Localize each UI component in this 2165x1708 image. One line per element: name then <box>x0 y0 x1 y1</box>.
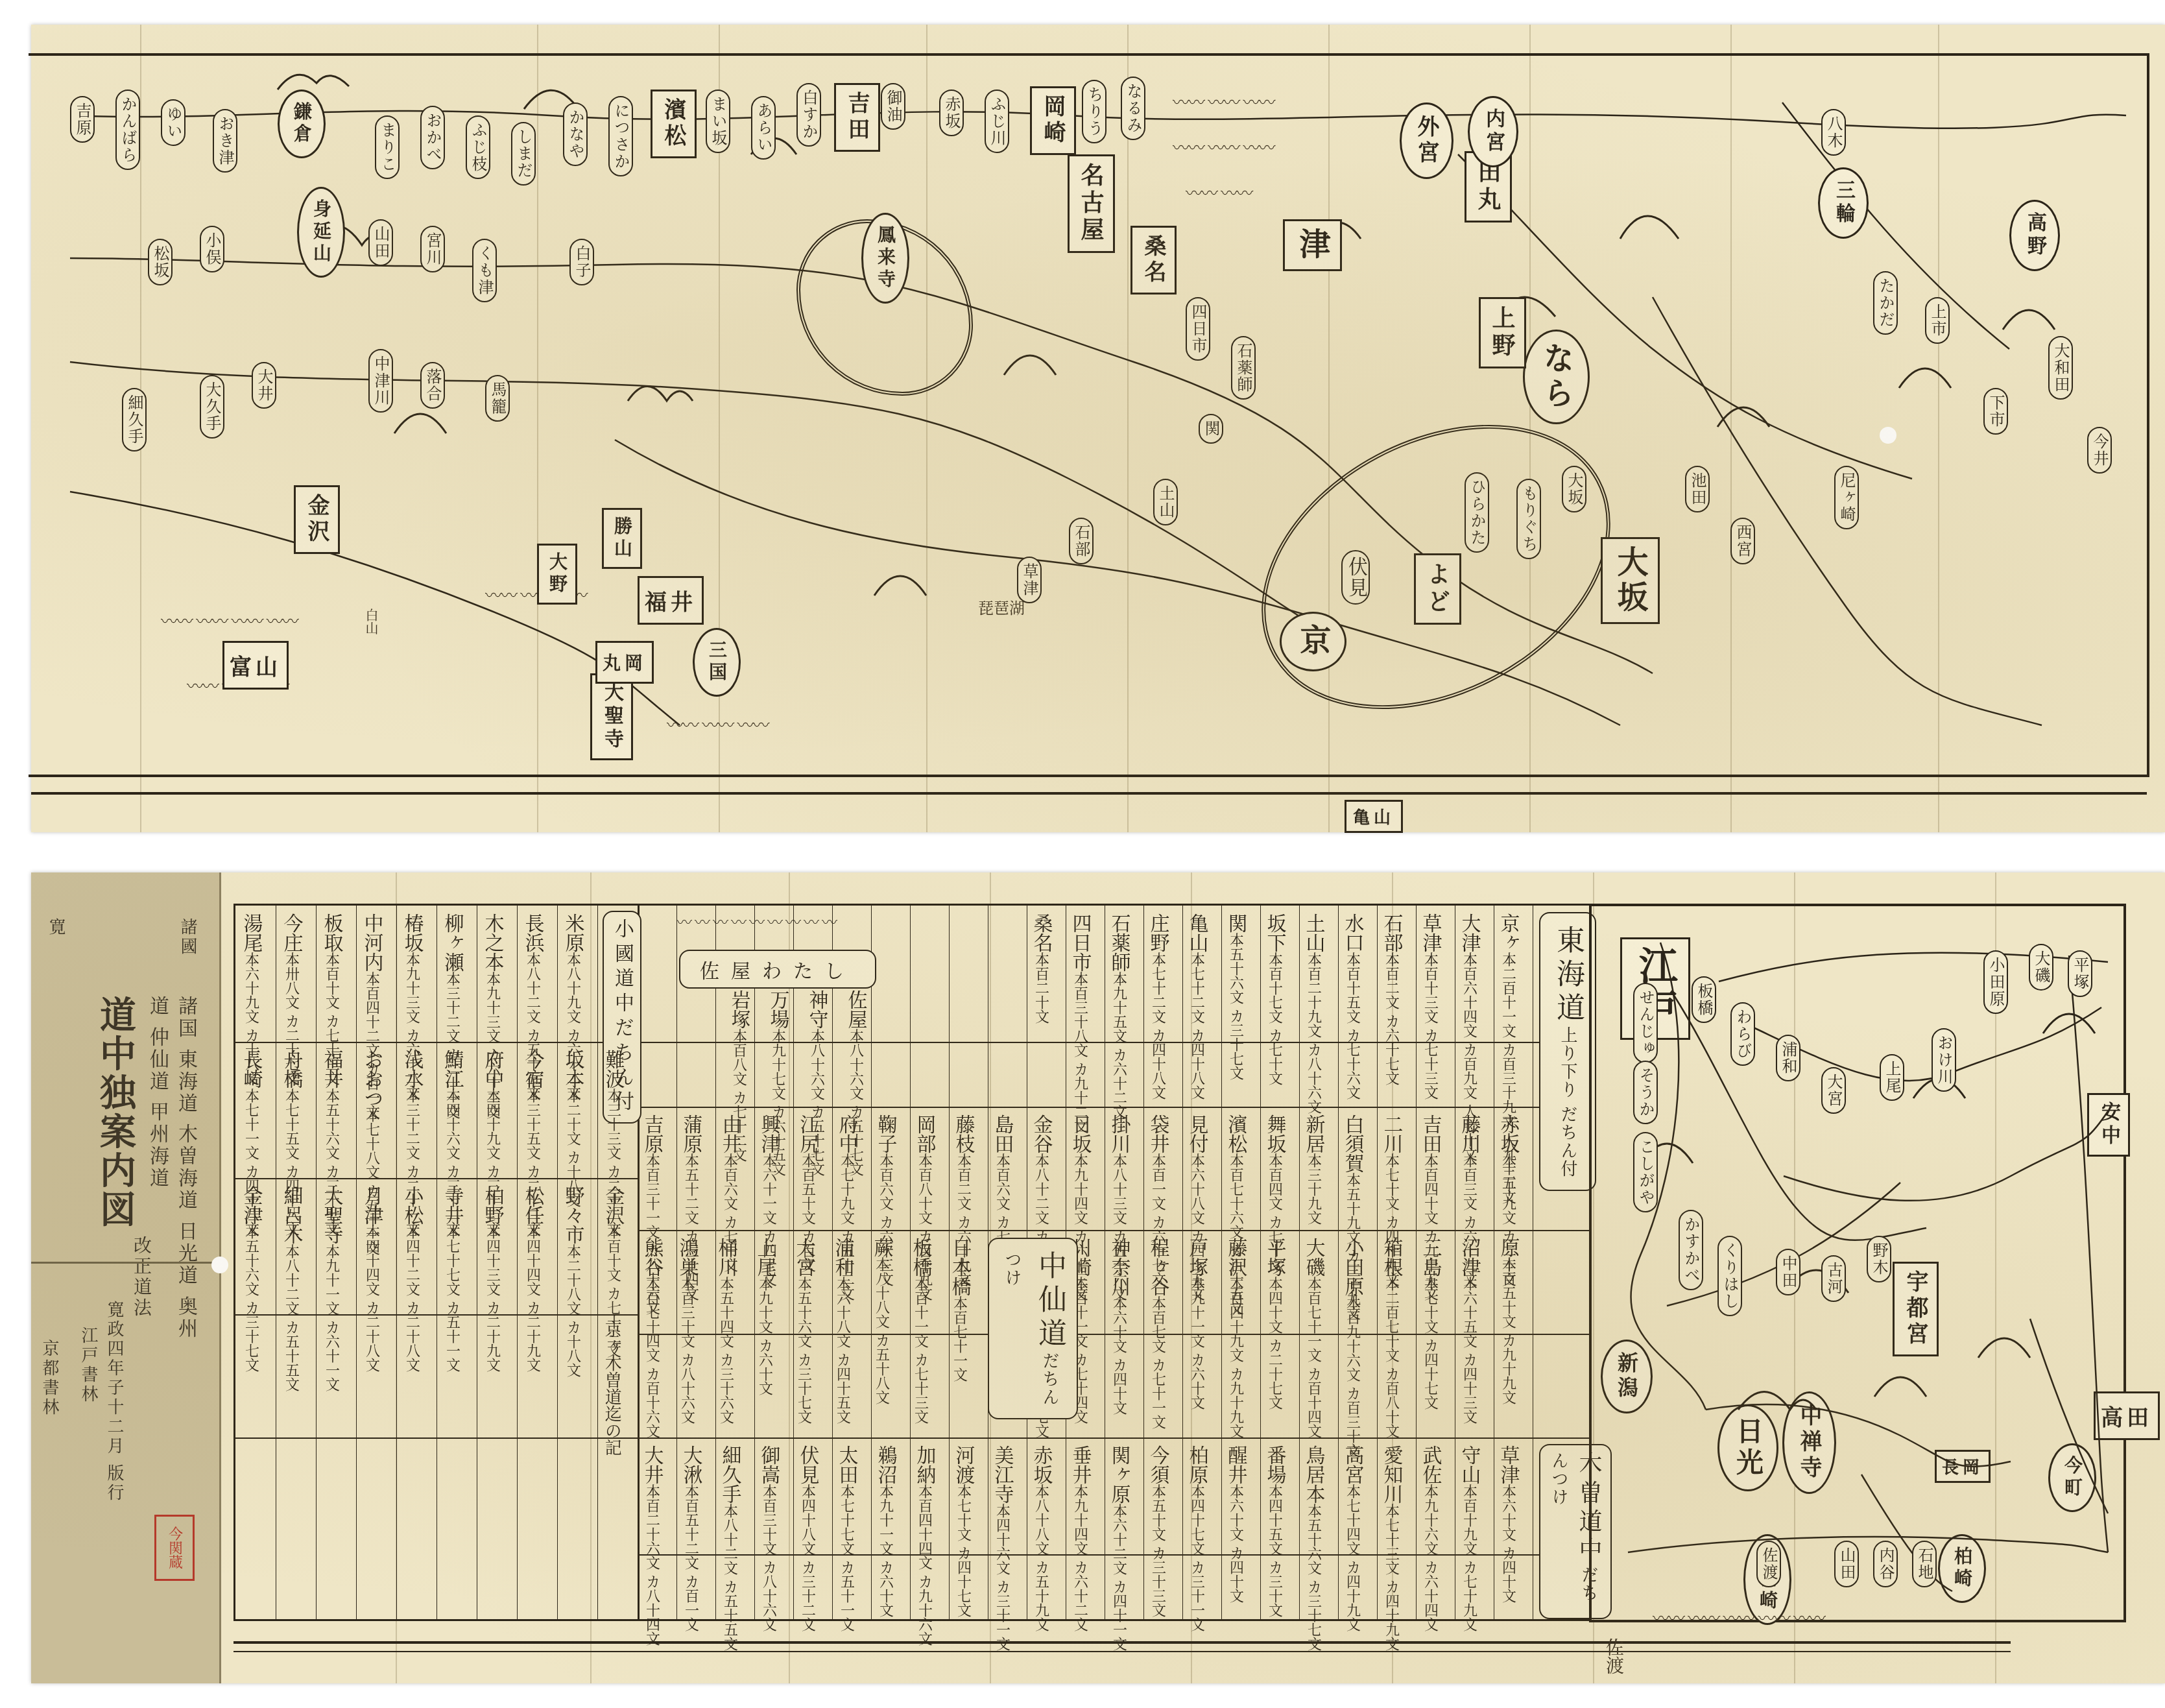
fare-cell: 大湫本百五十二文 カ百一文 <box>680 1445 701 1631</box>
table-column-divider <box>437 906 437 1619</box>
fare-cell: 寺井本七十七文 カ五十一文 <box>442 1186 462 1372</box>
station: 上尾 <box>1880 1054 1904 1101</box>
city-nagoya: 名古屋 <box>1068 154 1115 253</box>
cover-note: 改正道法 <box>128 1236 154 1319</box>
city-yodo: よど <box>1414 553 1461 625</box>
city-mikuni: 三国 <box>693 628 741 697</box>
station: 石部 <box>1069 518 1094 564</box>
station-fushimi: 伏見 <box>1341 550 1370 605</box>
station: 山田 <box>1834 1541 1859 1587</box>
table-column-divider <box>1533 906 1533 1619</box>
fare-cell: 金津本五十六文 カ三十七文 <box>241 1186 261 1372</box>
station: くも津 <box>472 239 497 302</box>
station: しまだ <box>511 122 536 186</box>
table-column-divider <box>1105 906 1105 1619</box>
city-katsuyama: 勝山 <box>602 508 642 569</box>
bottom-double-rule <box>233 1651 2011 1652</box>
fare-cell: 庄野本七十二文 カ四十八文 <box>1147 913 1168 1100</box>
paper-hole <box>1880 427 1896 444</box>
station: 小俣 <box>200 226 224 272</box>
colophon-kyoto-publisher: 京都書林 <box>38 1340 62 1417</box>
colophon-publication-date: 寛政四年子十二月 版行 <box>102 1301 126 1503</box>
city-maruoka: 丸岡 <box>595 641 654 684</box>
fare-cell: 野々市本二十八文 カ十八文 <box>562 1186 583 1377</box>
table-column-divider <box>356 906 357 1619</box>
city-kanazawa: 金沢 <box>294 485 340 554</box>
fare-cell: 赤坂本八十八文 カ五十九文 <box>1031 1445 1051 1631</box>
table-column-divider <box>1299 906 1300 1619</box>
fare-cell: 細久手本八十二文 カ五十五文 <box>719 1445 740 1651</box>
sea-wave-marks: 〰〰 〰〰 〰〰 〰〰 <box>161 608 298 632</box>
station: かなや <box>563 102 588 166</box>
fare-cell: 上尾本九十文 カ六十文 <box>754 1238 775 1395</box>
fare-table-and-edo-map-sheet: 諸國 寛 道中独案内図 諸国 東海道 木曽海道 日光道 奥州道 仲仙道 甲州海道… <box>31 872 2165 1683</box>
fare-cell: 柏原本四十七文 カ三十一文 <box>1186 1445 1207 1631</box>
station: 赤坂 <box>939 90 964 136</box>
paper-hole <box>211 1257 228 1273</box>
station: 関 <box>1199 414 1223 444</box>
fare-cell: 鵜沼本九十一文 カ六十文 <box>875 1445 896 1617</box>
table-column-divider <box>477 906 477 1619</box>
fare-cell: 伏見本四十八文 カ三十二文 <box>797 1445 818 1631</box>
station: 大宮 <box>1821 1067 1846 1114</box>
fare-cell: 桶川本五十四文 カ三十六文 <box>715 1238 736 1424</box>
fare-cell: 月津本四十四文 カ二十八文 <box>361 1186 382 1372</box>
fare-cell: 新居本三十九文 <box>1303 1114 1324 1225</box>
landmark-sado: 佐渡 <box>1601 1638 1627 1674</box>
station: ゆい <box>161 99 185 146</box>
fare-cell: 藤沢本百四十九文 カ九十九文 <box>1225 1238 1246 1438</box>
station: ふじ川 <box>985 90 1009 153</box>
city-koya: 高野 <box>2009 200 2060 271</box>
station: 今井 <box>2087 427 2112 474</box>
cover-title: 道中独案内図 <box>90 996 141 1229</box>
station: 板橋 <box>1692 976 1716 1023</box>
nakasendo-table-title: 中仙道だちんつけ <box>988 1238 1078 1419</box>
fare-cell: 水口本百十五文 カ七十六文 <box>1342 913 1363 1100</box>
station: 西宮 <box>1730 518 1755 564</box>
city-hamamatsu: 濱松 <box>651 90 697 158</box>
fare-cell: 箱根本二百七十文 カ百八十文 <box>1381 1238 1402 1438</box>
station: 平塚 <box>2068 950 2092 997</box>
sea-crossing-waves: 〰〰〰〰〰〰〰〰〰 <box>676 909 871 947</box>
station: ちりう <box>1082 80 1106 143</box>
tokaido-table-title: 東海道上り下り だちん付 <box>1539 912 1596 1191</box>
fare-cell: 今須本五十文 カ三十三文 <box>1147 1445 1168 1617</box>
city-ueno: 上野 <box>1479 297 1526 368</box>
fare-cell: 坂本本二十文 カ十八文 <box>562 1050 583 1207</box>
station: 小田原 <box>1983 950 2008 1014</box>
cover-label-year: 寛 <box>44 918 68 937</box>
city-kameyama: 亀山 <box>1345 800 1403 833</box>
fare-cell: 加納本百四十四文 カ九十六文 <box>914 1445 935 1646</box>
station: 中田 <box>1776 1249 1800 1295</box>
fare-cell: 大磯本百七十一文 カ百十四文 <box>1303 1238 1324 1438</box>
table-column-divider <box>1416 906 1417 1619</box>
station: 大和田 <box>2048 336 2073 400</box>
sea-wave-marks: 〰〰 〰〰 <box>1186 180 1252 204</box>
fare-cell: 蕨本八十八文 カ五十八文 <box>871 1238 892 1404</box>
station: 下市 <box>1983 388 2008 435</box>
fare-cell: 大宮本五十六文 カ三十七文 <box>793 1238 814 1424</box>
city-fukui: 福井 <box>638 576 704 625</box>
fare-cell: 程ヶ谷本百七文 カ七十一文 <box>1147 1238 1168 1429</box>
fare-cell: 熊谷本百七十四文 カ百十六文 <box>641 1238 662 1438</box>
table-column-divider <box>276 906 276 1619</box>
station: 上市 <box>1925 297 1950 344</box>
colophon-edo-publisher: 江戸書林 <box>77 1327 101 1404</box>
station: 石薬師 <box>1231 336 1256 400</box>
station: なるみ <box>1121 77 1145 140</box>
station: 宮川 <box>420 226 445 272</box>
fare-cell: 御嵩本百三十文 カ八十六文 <box>758 1445 779 1631</box>
station: 松坂 <box>148 239 173 285</box>
red-seal-stamp: 今関蔵 <box>154 1515 195 1581</box>
station: 石地 <box>1912 1541 1937 1587</box>
city-yoshida: 吉田 <box>834 83 880 152</box>
city-ono: 大野 <box>537 544 577 605</box>
station: おき津 <box>213 109 237 173</box>
table-column-divider <box>1494 906 1494 1619</box>
table-column-divider <box>1338 906 1339 1619</box>
fare-cell: 細呂木本八十二文 カ五十五文 <box>281 1186 302 1391</box>
station: 大磯 <box>2029 944 2053 991</box>
bottom-double-rule <box>233 1641 2011 1644</box>
station: 池田 <box>1685 466 1710 512</box>
cover-label-provinces: 諸國 <box>176 918 200 957</box>
station: 浦和 <box>1776 1035 1800 1081</box>
kiso-closing-note: 京ヶ木曽道迄の記 <box>603 1321 620 1456</box>
table-column-divider <box>396 906 397 1619</box>
station: ふじ枝 <box>466 115 490 179</box>
station: 吉原 <box>70 96 95 143</box>
station: かんばら <box>115 90 140 170</box>
fare-cell: 石部本百二文 カ六十七文 <box>1381 913 1402 1085</box>
fare-cell: 戸塚本九十一文 カ六十文 <box>1186 1238 1207 1410</box>
station: 佐渡 <box>1756 1541 1781 1587</box>
table-column-divider <box>1377 906 1378 1619</box>
table-column-divider <box>316 906 317 1619</box>
fare-cell: 神奈川本六十文 カ四十文 <box>1108 1238 1129 1415</box>
city-osaka: 大坂 <box>1601 537 1660 624</box>
fare-cell: 小松本四十二文 カ二十八文 <box>401 1186 422 1372</box>
city-horaiji: 鳳来寺 <box>861 213 909 304</box>
station: もりぐち <box>1516 479 1541 559</box>
fare-cell: 大井本百二十六文 カ八十四文 <box>641 1445 662 1646</box>
sea-wave-marks: 〰〰 〰〰 〰〰 <box>1173 135 1274 159</box>
station: せんじゅ <box>1633 983 1658 1063</box>
table-column-divider <box>557 906 558 1619</box>
fare-cell: 大聖寺本九十一文 カ六十一文 <box>321 1186 342 1391</box>
city-toyama: 富山 <box>222 641 289 690</box>
table-row-divider <box>638 1437 1590 1439</box>
fare-cell: 小田原本百九十六文 カ百三十文 <box>1342 1238 1363 1458</box>
station: たかだ <box>1873 271 1898 335</box>
fare-cell: 醒井本六十文 カ四十文 <box>1225 1445 1246 1603</box>
station: 尼ヶ崎 <box>1834 466 1859 529</box>
fare-cell: 松任本四十四文 カ二十九文 <box>522 1186 543 1372</box>
station: につさか <box>608 96 633 176</box>
sea-wave-marks: 〰〰 〰〰 〰〰 <box>1173 90 1274 114</box>
table-column-divider <box>597 906 598 1619</box>
fare-cell: 河渡本七十文 カ四十七文 <box>953 1445 974 1617</box>
fare-cell: 沼津本六十五文 カ四十三文 <box>1459 1238 1479 1424</box>
city-naiku: 内宮 <box>1468 96 1518 167</box>
fare-cell: 番場本四十五文 カ三十文 <box>1264 1445 1285 1617</box>
city-tsu: 津 <box>1283 219 1342 271</box>
fare-cell: 草津本六十文 カ四十文 <box>1498 1445 1518 1603</box>
fare-cell: 関ヶ原本六十二文 カ四十一文 <box>1108 1445 1129 1651</box>
table-column-divider <box>1260 906 1261 1619</box>
station: かすかべ <box>1679 1210 1703 1290</box>
fare-cell: 草津本百十三文 カ七十三文 <box>1420 913 1441 1100</box>
city-kuwana: 桑名 <box>1130 226 1177 295</box>
station: くりはし <box>1717 1236 1742 1316</box>
fare-cell: 垂井本九十四文 カ六十二文 <box>1070 1445 1090 1631</box>
fare-cell: 美江寺本四十六文 カ三十一文 <box>992 1445 1012 1651</box>
station: 白すか <box>796 83 821 147</box>
station: 八木 <box>1821 109 1846 156</box>
fare-cell: 桑名本百二十文 <box>1031 913 1051 1024</box>
fare-cell: 四日市本百三十八文 カ九十二文 <box>1070 913 1090 1133</box>
station: 大坂 <box>1562 466 1586 512</box>
table-column-divider <box>1455 906 1455 1619</box>
station: 大井 <box>252 362 276 409</box>
saya-crossing-title: 佐屋わたし <box>679 950 876 989</box>
station: 野木 <box>1867 1236 1891 1282</box>
station: 落合 <box>420 362 445 409</box>
fare-cell: 鴻巣本百三十文 カ八十六文 <box>676 1238 697 1424</box>
station: 馬籠 <box>485 375 510 422</box>
station: そうか <box>1633 1061 1658 1124</box>
table-column-divider <box>1143 906 1144 1619</box>
fare-cell: 鳥居本本五十六文 カ三十七文 <box>1303 1445 1324 1651</box>
fare-cell: 平塚本四十文 カ二十七文 <box>1264 1238 1285 1410</box>
sea-wave-marks: 〰〰 〰〰 〰〰 〰〰 〰〰 <box>1653 1606 1824 1630</box>
fare-cell: 土山本百二十九文 カ八十六文 <box>1303 913 1324 1114</box>
sea-wave-marks: 〰〰 〰〰 〰〰 <box>667 712 769 736</box>
city-kyoto: 京 <box>1280 612 1346 671</box>
station: 中津川 <box>368 349 393 413</box>
station: 内谷 <box>1873 1541 1898 1587</box>
station: 御油 <box>881 83 905 130</box>
fare-cell: 守山本百十九文 カ七十九文 <box>1459 1445 1479 1631</box>
route-map-sheet-central-japan: 〰〰 〰〰 〰〰 〰〰 〰〰 〰〰 〰〰 〰〰 〰〰 〰〰 〰〰 〰〰 〰〰 〰… <box>31 25 2165 832</box>
city-daishoji: 大聖寺 <box>590 673 633 760</box>
table-column-divider <box>1221 906 1222 1619</box>
station: 四日市 <box>1186 297 1210 361</box>
fare-cell: 三島本七十文 カ四十七文 <box>1420 1238 1441 1410</box>
city-okazaki: 岡崎 <box>1030 86 1076 155</box>
table-column-divider <box>517 906 518 1619</box>
station: あらい <box>751 96 776 160</box>
station: 大久手 <box>200 375 224 439</box>
fare-cell: 原本百五十文 カ九十九文 <box>1498 1238 1518 1404</box>
fare-cell: 坂下本百十七文 カ七十文 <box>1264 913 1285 1085</box>
fare-cell: 浦和本六十八文 カ四十五文 <box>832 1238 853 1424</box>
fare-cell: 板橋本百十一文 カ七十三文 <box>910 1238 931 1424</box>
city-geku: 外宮 <box>1400 102 1453 179</box>
city-kamakura: 鎌倉 <box>278 90 326 158</box>
fare-cell: 柏野本四十三文 カ二十九文 <box>482 1186 503 1372</box>
city-miwa: 三輪 <box>1818 167 1869 239</box>
station: ひらかた <box>1465 472 1489 553</box>
station: 土山 <box>1153 479 1178 525</box>
cover-fold <box>31 1262 219 1264</box>
landmark-label: 琵琶湖 <box>978 595 1025 618</box>
cover-panel: 諸國 寛 道中独案内図 諸国 東海道 木曽海道 日光道 奥州道 仲仙道 甲州海道… <box>31 872 221 1683</box>
station: 山田 <box>368 219 393 266</box>
fare-cell: 石薬師本九十五文 カ六十二文 <box>1108 913 1129 1119</box>
station: こしがや <box>1633 1132 1658 1212</box>
station: 細久手 <box>122 388 147 451</box>
fare-tables-frame: 小國道中だちん付 湯尾本六十九文 カ十八文 今庄本卅八文 カ二十七文 板取本百十… <box>233 904 1592 1621</box>
fare-cell: 日本橋本百七十一文 <box>949 1238 970 1382</box>
station: まりこ <box>375 115 400 179</box>
fare-cell: 高宮本七十四文 カ四十九文 <box>1342 1445 1363 1631</box>
city-nara: なら <box>1523 330 1590 424</box>
station: おけ川 <box>1932 1028 1956 1092</box>
station: 白子 <box>569 239 594 285</box>
fare-cell: 太田本七十七文 カ五十一文 <box>836 1445 857 1631</box>
city-minobu: 身延山 <box>297 187 345 278</box>
station: まい坂 <box>706 90 730 153</box>
edo-road-network <box>1589 904 2121 1617</box>
fare-cell: 亀山本七十二文 カ四十八文 <box>1186 913 1207 1100</box>
fare-cell: 武佐本九十六文 カ六十四文 <box>1420 1445 1441 1631</box>
fare-cell: 愛知川本七十三文 カ四十九文 <box>1381 1445 1402 1651</box>
station: おかべ <box>420 106 445 169</box>
station: わらび <box>1730 1002 1755 1066</box>
landmark-label: 白山 <box>362 608 381 634</box>
fare-cell: 関本五十六文 カ三十七文 <box>1225 913 1246 1080</box>
table-column-divider <box>1182 906 1183 1619</box>
station: 古河 <box>1821 1255 1846 1302</box>
